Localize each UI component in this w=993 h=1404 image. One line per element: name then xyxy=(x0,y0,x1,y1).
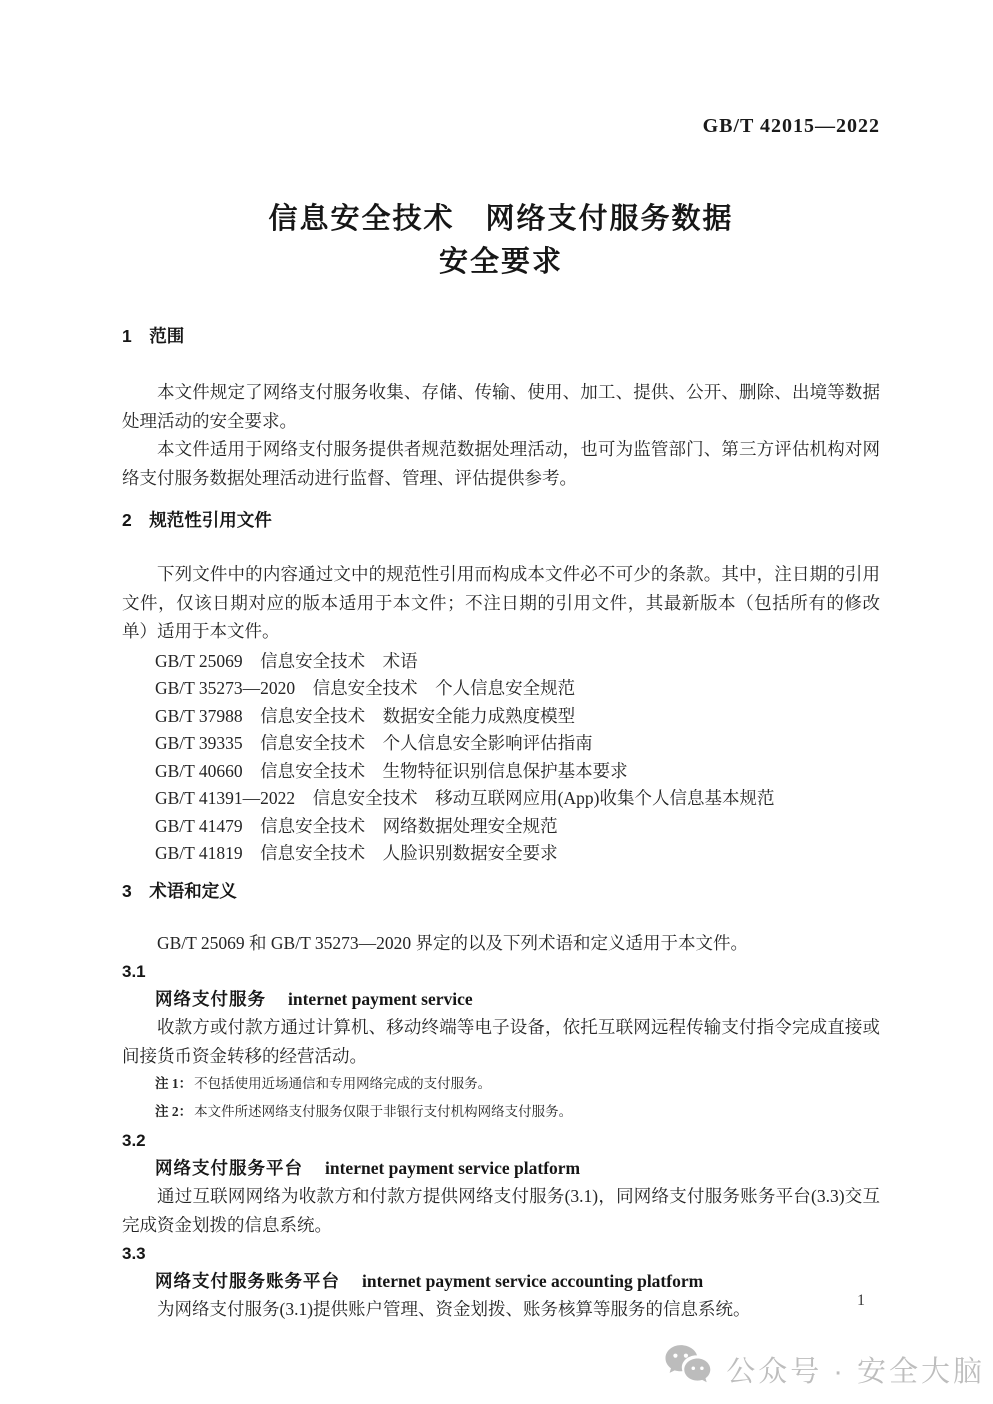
document-content: GB/T 42015—2022 信息安全技术 网络支付服务数据 安全要求 1 范… xyxy=(0,0,993,1324)
term-en-label: internet payment service xyxy=(288,989,473,1009)
doc-number: GB/T 42015—2022 xyxy=(122,0,880,138)
title-line-1: 信息安全技术 网络支付服务数据 xyxy=(122,198,880,241)
reference-item: GB/T 41479 信息安全技术 网络数据处理安全规范 xyxy=(122,813,880,841)
section-2-heading: 2 规范性引用文件 xyxy=(122,506,880,534)
reference-item: GB/T 39335 信息安全技术 个人信息安全影响评估指南 xyxy=(122,730,880,758)
normative-references-list: GB/T 25069 信息安全技术 术语 GB/T 35273—2020 信息安… xyxy=(122,648,880,868)
term-zh-label: 网络支付服务平台 xyxy=(155,1158,303,1178)
term-en-label: internet payment service accounting plat… xyxy=(362,1271,703,1291)
term-en-label: internet payment service platform xyxy=(325,1158,580,1178)
reference-item: GB/T 25069 信息安全技术 术语 xyxy=(122,648,880,676)
term-number-3-2: 3.2 xyxy=(122,1128,880,1154)
section-2-intro: 下列文件中的内容通过文中的规范性引用而构成本文件必不可少的条款。其中，注日期的引… xyxy=(122,560,880,646)
note-label: 注 2： xyxy=(155,1104,192,1119)
title-line-2: 安全要求 xyxy=(122,241,880,284)
wechat-icon xyxy=(664,1344,716,1394)
page-number: 1 xyxy=(857,1292,865,1310)
term-title-3-2: 网络支付服务平台internet payment service platfor… xyxy=(122,1154,880,1182)
section-1-paragraph-2: 本文件适用于网络支付服务提供者规范数据处理活动，也可为监管部门、第三方评估机构对… xyxy=(122,435,880,492)
term-note: 注 1：不包括使用近场通信和专用网络完成的支付服务。 xyxy=(122,1070,880,1098)
document-title: 信息安全技术 网络支付服务数据 安全要求 xyxy=(122,198,880,284)
section-1-paragraph-1: 本文件规定了网络支付服务收集、存储、传输、使用、加工、提供、公开、删除、出境等数… xyxy=(122,378,880,435)
section-1-heading: 1 范围 xyxy=(122,322,880,350)
term-zh-label: 网络支付服务账务平台 xyxy=(155,1271,340,1291)
term-definition-3-1: 收款方或付款方通过计算机、移动终端等电子设备，依托互联网远程传输支付指令完成直接… xyxy=(122,1013,880,1070)
term-number-3-3: 3.3 xyxy=(122,1241,880,1267)
term-zh-label: 网络支付服务 xyxy=(155,989,266,1009)
standard-document-page: GB/T 42015—2022 信息安全技术 网络支付服务数据 安全要求 1 范… xyxy=(0,0,993,1404)
note-label: 注 1： xyxy=(155,1076,192,1091)
term-title-3-3: 网络支付服务账务平台internet payment service accou… xyxy=(122,1267,880,1295)
reference-item: GB/T 41819 信息安全技术 人脸识别数据安全要求 xyxy=(122,840,880,868)
watermark: 公众号 · 安全大脑 xyxy=(664,1344,985,1394)
note-text: 本文件所述网络支付服务仅限于非银行支付机构网络支付服务。 xyxy=(194,1104,572,1119)
term-definition-3-2: 通过互联网网络为收款方和付款方提供网络支付服务(3.1)，同网络支付服务账务平台… xyxy=(122,1182,880,1239)
term-number-3-1: 3.1 xyxy=(122,959,880,985)
section-3-heading: 3 术语和定义 xyxy=(122,877,880,905)
note-text: 不包括使用近场通信和专用网络完成的支付服务。 xyxy=(194,1076,491,1091)
watermark-text: 公众号 · 安全大脑 xyxy=(726,1349,985,1390)
term-definition-3-3: 为网络支付服务(3.1)提供账户管理、资金划拨、账务核算等服务的信息系统。 xyxy=(122,1295,880,1324)
term-note: 注 2：本文件所述网络支付服务仅限于非银行支付机构网络支付服务。 xyxy=(122,1098,880,1126)
reference-item: GB/T 40660 信息安全技术 生物特征识别信息保护基本要求 xyxy=(122,758,880,786)
reference-item: GB/T 35273—2020 信息安全技术 个人信息安全规范 xyxy=(122,675,880,703)
reference-item: GB/T 37988 信息安全技术 数据安全能力成熟度模型 xyxy=(122,703,880,731)
term-title-3-1: 网络支付服务internet payment service xyxy=(122,985,880,1013)
section-3-intro: GB/T 25069 和 GB/T 35273—2020 界定的以及下列术语和定… xyxy=(122,929,880,958)
reference-item: GB/T 41391—2022 信息安全技术 移动互联网应用(App)收集个人信… xyxy=(122,785,880,813)
